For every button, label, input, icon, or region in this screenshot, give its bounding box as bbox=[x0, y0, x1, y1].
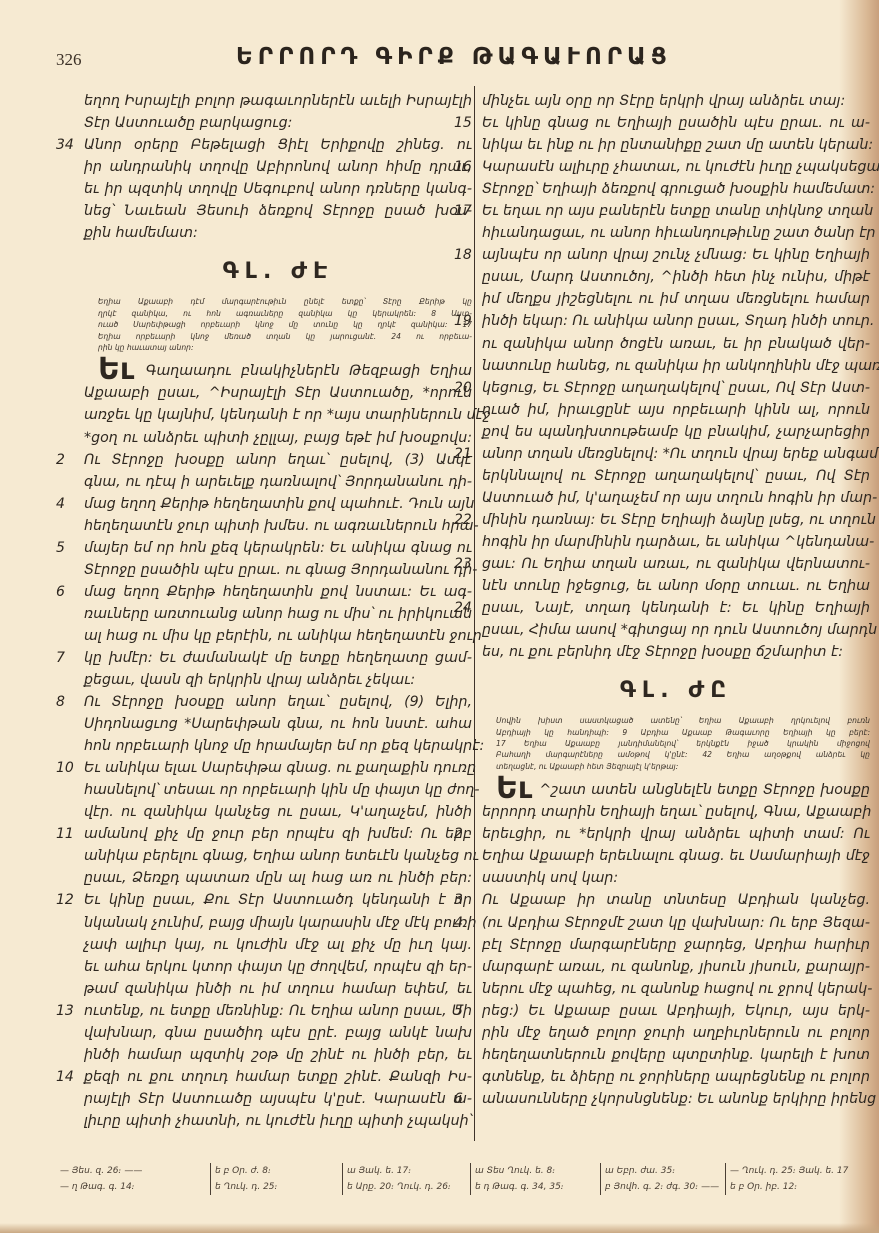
footnote-reference: ա Յակ. ե. 17։ bbox=[347, 1163, 451, 1179]
verse-line: հոն որբեւարի կնոջ մը հրամայեր եմ որ քեզ … bbox=[84, 735, 472, 757]
verse-line: Աքաաբի ըսաւ, ^Իսրայէլի Տէր Աստուածը, *որ… bbox=[84, 382, 472, 404]
verse-line: Եւ Գաղաադու բնակիչներէն Թեզբացի Եղիա bbox=[84, 359, 472, 382]
verse-text: ուտենք, ու ետքը մեռնինք: Ու Եղիա անոր ըս… bbox=[84, 1003, 472, 1019]
verse-line: ես, ու քու բերնիդ մէջ Տէրոջը խօսքը ճշմար… bbox=[482, 641, 870, 663]
verse-text: մինին դառնայ: Եւ Տէրը Եղիայի ձայնը լսեց,… bbox=[482, 512, 876, 528]
verse-line: գտնենք, եւ ձիերը ու ջորիները ապրեցնենք ո… bbox=[482, 1066, 870, 1088]
verse-line: 13ուտենք, ու ետքը մեռնինք: Ու Եղիա անոր … bbox=[84, 1000, 472, 1022]
verse-line: 4(ու Աբդիա Տէրոջմէ շատ կը վախնար: Ու երբ… bbox=[482, 912, 870, 934]
verse-line: Տէր Աստուածը բարկացուց: bbox=[84, 112, 472, 134]
verse-line: գնա, ու դէպ ի արեւելք դառնալով՝ Յորդանան… bbox=[84, 471, 472, 493]
verse-text: սաստիկ սով կար: bbox=[482, 870, 618, 886]
verse-text: երկննալով ու Տէրոջը աղաղակելով՝ ըսաւ, Ով… bbox=[482, 468, 870, 484]
verse-line: ռաւները առտուանց անոր հաց ու միս՝ ու իրի… bbox=[84, 603, 472, 625]
verse-text: Կարասէն ալիւրը չհատաւ, ու կուժէն իւղը չպ… bbox=[482, 159, 879, 175]
verse-line: ու զանիկա անոր ծոցէն առաւ, եւ իր բնակած … bbox=[482, 333, 870, 355]
verse-line: երրորդ տարին Եղիայի եղաւ՝ ըսելով, Գնա, Ա… bbox=[482, 801, 870, 823]
verse-line: քեցաւ, վասն զի երկրին վրայ անձրեւ չեկաւ: bbox=[84, 669, 472, 691]
verse-line: անիկա բերելու գնաց, Եղիա անոր ետեւէն կան… bbox=[84, 845, 472, 867]
verse-line: ըսաւ, Ձեռքդ պատառ մըն ալ հաց առ ու ինծի … bbox=[84, 867, 472, 889]
verse-line: եւ ահա երկու կտոր փայտ կը ժողվեմ, որպէս … bbox=[84, 956, 472, 978]
verse-line: 10Եւ անիկա ելաւ Սարեփթա գնաց. ու քաղաքին… bbox=[84, 757, 472, 779]
verse-line: 19ինծի եկար: Ու անիկա անոր ըսաւ, Տղադ ին… bbox=[482, 310, 870, 332]
verse-line: 11ամանով քիչ մը ջուր բեր որպէս զի խմեմ: … bbox=[84, 823, 472, 845]
verse-line: Սիդոնացւոց *Սարեփթան գնա, ու հոն նստէ. ա… bbox=[84, 713, 472, 735]
running-title: ԵՐՐՈՐԴ ԳԻՐՔ ԹԱԳԱՒՈՐԱՑ bbox=[236, 44, 672, 70]
verse-text: վախնար, գնա ըսածիդ պէս ըրէ. բայց անկէ նա… bbox=[84, 1025, 472, 1041]
verse-line: մարգարէ առաւ, ու զանոնք, յիսուն յիսուն, … bbox=[482, 956, 870, 978]
verse-line: 4մաց եղող Քերիթ հեղեղատին քով պահուէ. Դո… bbox=[84, 493, 472, 515]
footnote-column: ա Յակ. ե. 17։ե Արք. 20։ Ղուկ. դ. 26։ bbox=[342, 1163, 451, 1195]
verse-number: 16 bbox=[454, 156, 480, 178]
verse-text: Ու Տէրոջը խօսքը անոր եղաւ՝ ըսելով, (3) Ա… bbox=[84, 452, 472, 468]
verse-text: վէր. ու զանիկա կանչեց ու ըսաւ, Կ'աղաչեմ,… bbox=[84, 804, 472, 820]
verse-text: առջեւ կը կայնիմ, կենդանի է որ *այս տարին… bbox=[84, 407, 491, 423]
summary-line: Աբդիայի կը հանդիպի: 9 Աբդիա Աքաաբ Թագաւո… bbox=[496, 727, 870, 738]
verse-number: 5 bbox=[454, 1000, 480, 1022]
verse-line: իմ մեղքս յիշեցնելու ու իմ տղաս մեռցնելու… bbox=[482, 288, 870, 310]
verse-text: ըսաւ, Մարդ Աստուծոյ, ^ինծի հետ ինչ ունիս… bbox=[482, 269, 870, 285]
verse-line: վէր. ու զանիկա կանչեց ու ըսաւ, Կ'աղաչեմ,… bbox=[84, 801, 472, 823]
verse-line: 23ցաւ: Ու Եղիա տղան առաւ, ու զանիկա վերն… bbox=[482, 553, 870, 575]
verse-text: Աքաաբի ըսաւ, ^Իսրայէլի Տէր Աստուածը, *որ… bbox=[84, 385, 472, 401]
footnote-column: ա Տես Ղուկ. ե. 8։ե դ Թագ. գ. 34, 35։ bbox=[470, 1163, 564, 1195]
verse-text: քին համեմատ: bbox=[84, 225, 198, 241]
verse-text: նեց՝ Նաւեան Յեսուի ձեռքով Տէրոջը ըսած խօ… bbox=[84, 203, 472, 219]
verse-text: (ու Աբդիա Տէրոջմէ շատ կը վախնար: Ու երբ … bbox=[482, 915, 870, 931]
verse-text: հասնելով՝ տեսաւ որ որբեւարի կին մը փայտ … bbox=[84, 782, 480, 798]
verse-line: 8 Ու Տէրոջը խօսքը անոր եղաւ՝ ըսելով, (9)… bbox=[84, 691, 472, 713]
verse-text: չափ ալիւր կայ, ու կուժին մէջ ալ քիչ մը ի… bbox=[84, 937, 472, 953]
verse-text: հոն որբեւարի կնոջ մը հրամայեր եմ որ քեզ … bbox=[84, 738, 484, 754]
verse-number: 8 bbox=[56, 691, 82, 713]
verse-number: 2 bbox=[56, 449, 82, 471]
chapter-title: ԳԼ. ԺԷ bbox=[84, 258, 472, 286]
summary-line: 17 Եղիա Աքաաբը յանդիմանելով՝ երկնքէն իջա… bbox=[496, 738, 870, 749]
footnote-column: ա Եբր. ժա. 35։բ Յովհ. գ. 2։ ժգ. 30։ —— bbox=[600, 1163, 719, 1195]
verse-line: հոգին իր մարմինին դարձաւ, եւ անիկա ^կենդ… bbox=[482, 531, 870, 553]
verse-line: Եւ ^շատ ատեն անցնելէն ետքը Տէրոջը խօսքը bbox=[482, 778, 870, 801]
verse-number: 34 bbox=[56, 134, 82, 156]
verse-line: րայէլի Տէր Աստուածը այսպէս կ'ըսէ. Կարասէ… bbox=[84, 1088, 472, 1110]
verse-text: քով ես պանդխտութեամբ կը բնակիմ, չարչարեց… bbox=[482, 424, 870, 440]
verse-line: քով ես պանդխտութեամբ կը բնակիմ, չարչարեց… bbox=[482, 421, 870, 443]
verse-text: լիւրը պիտի չհատնի, ու կուժէն իւղը պիտի չ… bbox=[84, 1113, 472, 1129]
verse-line: 34 Անոր օրերը Բեթելացի Ցիէլ Երիքովը շինե… bbox=[84, 134, 472, 156]
verse-line: հեղեղատներուն քովերը պտըտինք. կարելի է խ… bbox=[482, 1044, 870, 1066]
footnote-reference: ա Եբր. ժա. 35։ bbox=[605, 1163, 719, 1179]
verse-line: Աստուած իմ, կ'աղաչեմ որ այս տղուն հոգին … bbox=[482, 487, 870, 509]
verse-line: թամ զանիկա ինծի ու իմ տղուս համար եփեմ, … bbox=[84, 978, 472, 1000]
verse-text: հոգին իր մարմինին դարձաւ, եւ անիկա ^կենդ… bbox=[482, 534, 874, 550]
footnote-reference: — Յես. զ. 26։ —— bbox=[60, 1163, 142, 1179]
verse-text: հեղեղատէն ջուր պիտի խմես. ու ագռաւներուն… bbox=[84, 518, 479, 534]
verse-text: մայեր եմ որ հոն քեզ կերակրեն: Եւ անիկա գ… bbox=[84, 540, 472, 556]
verse-line: ըսաւ, Հիմա ասով *գիտցայ որ դուն Աստուծոյ… bbox=[482, 619, 870, 641]
verse-line: րին մէջ եղած բոլոր ջուրի աղբիւրներուն ու… bbox=[482, 1022, 870, 1044]
footnote-reference: — ղ Թագ. գ. 14։ bbox=[60, 1179, 142, 1195]
verse-line: չափ ալիւր կայ, ու կուժին մէջ ալ քիչ մը ի… bbox=[84, 934, 472, 956]
verse-line: 15Եւ կինը գնաց ու Եղիայի ըսածին պէս ըրաւ… bbox=[482, 112, 870, 134]
verse-line: ներու մէջ պահեց, ու զանոնք հացով ու ջրով… bbox=[482, 978, 870, 1000]
summary-line: ղրկէ զանիկա, ու հոն ագռաւները զանիկա կը … bbox=[98, 308, 472, 319]
verse-text: Եւ կինը գնաց ու Եղիայի ըսածին պէս ըրաւ. … bbox=[482, 115, 870, 131]
verse-text: նկանակ չունիմ, բայց միայն կարասին մէջ մէ… bbox=[84, 915, 477, 931]
summary-line: Բահաղի մարգարէները ամօթով կ'ընէ: 42 Եղիա… bbox=[496, 749, 870, 760]
verse-line: Տէրոջը ըսածին պէս ըրաւ. ու գնաց Յորդանան… bbox=[84, 559, 472, 581]
verse-line: իր անդրանիկ տղովը Աբիրոնով անոր հիմը դրա… bbox=[84, 156, 472, 178]
verse-number: 14 bbox=[56, 1066, 82, 1088]
footnote-reference: ե դ Թագ. գ. 34, 35։ bbox=[475, 1179, 564, 1195]
verse-line: առջեւ կը կայնիմ, կենդանի է որ *այս տարին… bbox=[84, 404, 472, 426]
right-column: մինչեւ այն օրը որ Տէրը երկրի վրայ անձրեւ… bbox=[482, 90, 870, 1110]
verse-text: բէլ Տէրոջը մարգարէները ջարդեց, Աբդիա հար… bbox=[482, 937, 870, 953]
verse-line: նատունը հանեց, ու զանիկա իր անկողինին մէ… bbox=[482, 355, 870, 377]
verse-text: Ու Տէրոջը խօսքը անոր եղաւ՝ ըսելով, (9) Ե… bbox=[84, 694, 472, 710]
summary-line: Եղիա որբեւարի կնոջ մեռած տղան կը յարուցա… bbox=[98, 331, 472, 342]
verse-text: Եւ եղաւ որ այս բաներէն ետքը տանը տիկնոջ … bbox=[482, 203, 873, 219]
verse-line: քին համեմատ: bbox=[84, 222, 472, 244]
verse-line: հիւանդացաւ, ու անոր հիւանդութիւնը շատ ծա… bbox=[482, 222, 870, 244]
verse-line: 18այնպէս որ անոր վրայ շունչ չմնաց: Եւ կի… bbox=[482, 244, 870, 266]
footnote-reference: բ Յովհ. գ. 2։ ժգ. 30։ —— bbox=[605, 1179, 719, 1195]
footnote-reference: ե Ղուկ. դ. 25։ bbox=[215, 1179, 278, 1195]
summary-line: Եղիա Աքաաբի դէմ մարգարէութիւն ընելէ ետքը… bbox=[98, 296, 472, 307]
verse-number: 24 bbox=[454, 597, 480, 619]
page-header: 326 ԵՐՐՈՐԴ ԳԻՐՔ ԹԱԳԱՒՈՐԱՑ bbox=[56, 44, 826, 74]
verse-text: ալ հաց ու միս կը բերէին, ու անիկա հեղեղա… bbox=[84, 628, 482, 644]
summary-line: ուած Սարեփթացի որբեւարի կնոջ մը տունը կը… bbox=[98, 319, 472, 330]
verse-text: Անոր օրերը Բեթելացի Ցիէլ Երիքովը շինեց. … bbox=[84, 137, 472, 153]
verse-line: նեց՝ Նաւեան Յեսուի ձեռքով Տէրոջը ըսած խօ… bbox=[84, 200, 472, 222]
verse-text: ինծի եկար: Ու անիկա անոր ըսաւ, Տղադ ինծի… bbox=[482, 313, 874, 329]
verse-line: լիւրը պիտի չհատնի, ու կուժէն իւղը պիտի չ… bbox=[84, 1110, 472, 1132]
page-bottom-edge bbox=[0, 1223, 879, 1233]
verse-line: ալ հաց ու միս կը բերէին, ու անիկա հեղեղա… bbox=[84, 625, 472, 647]
verse-line: 22մինին դառնայ: Եւ Տէրը Եղիայի ձայնը լսե… bbox=[482, 509, 870, 531]
verse-text: ու զանիկա անոր ծոցէն առաւ, եւ իր բնակած … bbox=[482, 336, 870, 352]
verse-line: Տէրոջը՝ Եղիայի ձեռքով գրուցած խօսքին համ… bbox=[482, 178, 870, 200]
verse-line: 5մայեր եմ որ հոն քեզ կերակրեն: Եւ անիկա … bbox=[84, 537, 472, 559]
footnote-column: — Ղուկ. դ. 25։ Յակ. ե. 17ե բ Օր. իբ. 12։ bbox=[725, 1163, 848, 1195]
verse-text: երեւցիր, ու *երկրի վրայ անձրեւ պիտի տամ:… bbox=[482, 826, 870, 842]
verse-text: նէն տունը իջեցուց, եւ անոր մօրը տուաւ. ո… bbox=[482, 578, 870, 594]
verse-line: սաստիկ սով կար: bbox=[482, 867, 870, 889]
verse-text: քեզի ու քու տղուդ համար ետքը շինէ. Քանզի… bbox=[84, 1069, 472, 1085]
verse-line: 7կը խմէր: Եւ ժամանակէ մը ետքը հեղեղատը ց… bbox=[84, 647, 472, 669]
verse-text: ներու մէջ պահեց, ու զանոնք հացով ու ջրով… bbox=[482, 981, 872, 997]
footnote-reference: ա Տես Ղուկ. ե. 8։ bbox=[475, 1163, 564, 1179]
verse-line: նկանակ չունիմ, բայց միայն կարասին մէջ մէ… bbox=[84, 912, 472, 934]
verse-line: եւ իր պզտիկ տղովը Սեգուբով անոր դռները կ… bbox=[84, 178, 472, 200]
verse-text: քեցաւ, վասն զի երկրին վրայ անձրեւ չեկաւ: bbox=[84, 672, 415, 688]
verse-number: 20 bbox=[454, 377, 480, 399]
verse-text: ^շատ ատեն անցնելէն ետքը Տէրոջը խօսքը bbox=[534, 782, 870, 798]
verse-line: 5րեց:) Եւ Աքաաբ ըսաւ Աբդիայի, Եկուր, այս… bbox=[482, 1000, 870, 1022]
verse-text: Տէր Աստուածը բարկացուց: bbox=[84, 115, 292, 131]
verse-text: մաց եղող Քերիթ հեղեղատին քով պահուէ. Դու… bbox=[84, 496, 474, 512]
verse-text: *ցօղ ու անձրեւ պիտի չըլլայ, բայց եթէ իմ … bbox=[84, 430, 472, 446]
footnote-column: ե բ Օր. ժ. 8։ե Ղուկ. դ. 25։ bbox=[210, 1163, 278, 1195]
verse-text: ամանով քիչ մը ջուր բեր որպէս զի խմեմ: Ու… bbox=[84, 826, 472, 842]
verse-line: 2երեւցիր, ու *երկրի վրայ անձրեւ պիտի տամ… bbox=[482, 823, 870, 845]
verse-line: 14քեզի ու քու տղուդ համար ետքը շինէ. Քան… bbox=[84, 1066, 472, 1088]
verse-text: Տէրոջը ըսածին պէս ըրաւ. ու գնաց Յորդանան… bbox=[84, 562, 477, 578]
verse-number: 6 bbox=[56, 581, 82, 603]
verse-line: 16Կարասէն ալիւրը չհատաւ, ու կուժէն իւղը … bbox=[482, 156, 870, 178]
footnote-reference: ե բ Օր. ժ. 8։ bbox=[215, 1163, 278, 1179]
chapter-summary: Եղիա Աքաաբի դէմ մարգարէութիւն ընելէ ետքը… bbox=[84, 296, 472, 353]
verse-number: 10 bbox=[56, 757, 82, 779]
verse-text: գնա, ու դէպ ի արեւելք դառնալով՝ Յորդանան… bbox=[84, 474, 472, 490]
verse-text: նատունը հանեց, ու զանիկա իր անկողինին մէ… bbox=[482, 358, 879, 374]
verse-text: ցաւ: Ու Եղիա տղան առաւ, ու զանիկա վերնատ… bbox=[482, 556, 870, 572]
verse-text: ըսաւ, Նայէ, տղադ կենդանի է: Եւ կինը Եղիա… bbox=[482, 600, 870, 616]
verse-number: 18 bbox=[454, 244, 480, 266]
verse-number: 4 bbox=[454, 912, 480, 934]
verse-number: 19 bbox=[454, 310, 480, 332]
verse-line: 24ըսաւ, Նայէ, տղադ կենդանի է: Եւ կինը Եղ… bbox=[482, 597, 870, 619]
verse-text: կեցուց, Եւ Տէրոջը աղաղակելով՝ ըսաւ, Ով Տ… bbox=[482, 380, 870, 396]
verse-text: Սիդոնացւոց *Սարեփթան գնա, ու հոն նստէ. ա… bbox=[84, 716, 472, 732]
verse-text: րեց:) Եւ Աքաաբ ըսաւ Աբդիայի, Եկուր, այս … bbox=[482, 1003, 870, 1019]
verse-text: եւ իր պզտիկ տղովը Սեգուբով անոր դռները կ… bbox=[84, 181, 472, 197]
verse-number: 12 bbox=[56, 889, 82, 911]
verse-text: Եւ կինը ըսաւ, Քու Տէր Աստուածդ կենդանի է… bbox=[84, 892, 472, 908]
summary-line: Սովին խիստ սաստկացած ատենը՝ Եղիա Աքաաբի … bbox=[496, 715, 870, 726]
verse-text: Ու Աքաաբ իր տանը տնտեսը Աբդիան կանչեց. bbox=[482, 892, 870, 908]
footnote-reference: ե Արք. 20։ Ղուկ. դ. 26։ bbox=[347, 1179, 451, 1195]
verse-number: 3 bbox=[454, 889, 480, 911]
verse-line: վախնար, գնա ըսածիդ պէս ըրէ. բայց անկէ նա… bbox=[84, 1022, 472, 1044]
summary-line: տեղացնէ, ու Աքաաբի հետ Յեզրայէլ կ'երթայ: bbox=[496, 761, 870, 772]
verse-line: եղող Իսրայէլի բոլոր թագաւորներէն աւելի Ի… bbox=[84, 90, 472, 112]
footnote-column: — Յես. զ. 26։ ——— ղ Թագ. գ. 14։ bbox=[60, 1163, 142, 1195]
verse-number: 7 bbox=[56, 647, 82, 669]
verse-text: հիւանդացաւ, ու անոր հիւանդութիւնը շատ ծա… bbox=[482, 225, 875, 241]
verse-text: կը խմէր: Եւ ժամանակէ մը ետքը հեղեղատը ցա… bbox=[84, 650, 472, 666]
verse-line: 12Եւ կինը ըսաւ, Քու Տէր Աստուածդ կենդանի… bbox=[84, 889, 472, 911]
verse-line: *ցօղ ու անձրեւ պիտի չըլլայ, բայց եթէ իմ … bbox=[84, 427, 472, 449]
verse-text: այնպէս որ անոր վրայ շունչ չմնաց: Եւ կինը… bbox=[482, 247, 870, 263]
verse-line: ըսաւ, Մարդ Աստուծոյ, ^ինծի հետ ինչ ունիս… bbox=[482, 266, 870, 288]
verse-line: 17 Եւ եղաւ որ այս բաներէն ետքը տանը տիկն… bbox=[482, 200, 870, 222]
verse-line: մինչեւ այն օրը որ Տէրը երկրի վրայ անձրեւ… bbox=[482, 90, 870, 112]
verse-text: թամ զանիկա ինծի ու իմ տղուս համար եփեմ, … bbox=[84, 981, 472, 997]
verse-line: հեղեղատէն ջուր պիտի խմես. ու ագռաւներուն… bbox=[84, 515, 472, 537]
verse-text: ես, ու քու բերնիդ մէջ Տէրոջը խօսքը ճշմար… bbox=[482, 644, 843, 660]
verse-line: 21անոր տղան մեռցնելով: *Ու տղուն վրայ եր… bbox=[482, 443, 870, 465]
verse-text: րայէլի Տէր Աստուածը այսպէս կ'ըսէ. Կարասէ… bbox=[84, 1091, 472, 1107]
verse-text: նիկա եւ ինք ու իր ընտանիքը շատ մը ատեն կ… bbox=[482, 137, 873, 153]
footnote-reference: — Ղուկ. դ. 25։ Յակ. ե. 17 bbox=[730, 1163, 848, 1179]
verse-text: Գաղաադու բնակիչներէն Թեզբացի Եղիա bbox=[136, 363, 472, 379]
verse-line: ինծի համար պզտիկ շօթ մը շինէ ու ինծի բեր… bbox=[84, 1044, 472, 1066]
verse-text: եղող Իսրայէլի բոլոր թագաւորներէն աւելի Ի… bbox=[84, 93, 472, 109]
verse-text: Եղիա Աքաաբի երեւնալու գնաց. եւ Սամարիայի… bbox=[482, 848, 870, 864]
verse-line: 6անասունները չկորսնցնենք: Եւ անոնք երկիր… bbox=[482, 1088, 870, 1110]
verse-line: նէն տունը իջեցուց, եւ անոր մօրը տուաւ. ո… bbox=[482, 575, 870, 597]
verse-number: 17 bbox=[454, 200, 480, 222]
verse-text: անասունները չկորսնցնենք: Եւ անոնք երկիրը… bbox=[482, 1091, 876, 1107]
verse-number: 5 bbox=[56, 537, 82, 559]
verse-line: 3 Ու Աքաաբ իր տանը տնտեսը Աբդիան կանչեց. bbox=[482, 889, 870, 911]
page-number: 326 bbox=[56, 50, 82, 70]
verse-number: 2 bbox=[454, 823, 480, 845]
verse-text: ըսաւ, Ձեռքդ պատառ մըն ալ հաց առ ու ինծի … bbox=[84, 870, 472, 886]
verse-text: գտնենք, եւ ձիերը ու ջորիները ապրեցնենք ո… bbox=[482, 1069, 870, 1085]
verse-number: 11 bbox=[56, 823, 82, 845]
verse-number: 22 bbox=[454, 509, 480, 531]
verse-text: իմ մեղքս յիշեցնելու ու իմ տղաս մեռցնելու… bbox=[482, 291, 870, 307]
chapter-summary: Սովին խիստ սաստկացած ատենը՝ Եղիա Աքաաբի … bbox=[482, 715, 870, 772]
verse-text: ըսաւ, Հիմա ասով *գիտցայ որ դուն Աստուծոյ… bbox=[482, 622, 877, 638]
verse-text: րին մէջ եղած բոլոր ջուրի աղբիւրներուն ու… bbox=[482, 1025, 870, 1041]
left-column: եղող Իսրայէլի բոլոր թագաւորներէն աւելի Ի… bbox=[84, 90, 472, 1132]
verse-line: նիկա եւ ինք ու իր ընտանիքը շատ մը ատեն կ… bbox=[482, 134, 870, 156]
verse-line: 20կեցուց, Եւ Տէրոջը աղաղակելով՝ ըսաւ, Ով… bbox=[482, 377, 870, 399]
verse-line: հասնելով՝ տեսաւ որ որբեւարի կին մը փայտ … bbox=[84, 779, 472, 801]
verse-text: մարգարէ առաւ, ու զանոնք, յիսուն յիսուն, … bbox=[482, 959, 870, 975]
verse-line: 6մաց եղող Քերիթ հեղեղատին քով նստաւ: Եւ … bbox=[84, 581, 472, 603]
verse-text: իր անդրանիկ տղովը Աբիրոնով անոր հիմը դրա… bbox=[84, 159, 472, 175]
verse-number: 4 bbox=[56, 493, 82, 515]
verse-text: մինչեւ այն օրը որ Տէրը երկրի վրայ անձրեւ… bbox=[482, 93, 845, 109]
verse-text: ռաւները առտուանց անոր հաց ու միս՝ ու իրի… bbox=[84, 606, 472, 622]
verse-number: 15 bbox=[454, 112, 480, 134]
verse-line: 2 Ու Տէրոջը խօսքը անոր եղաւ՝ ըսելով, (3)… bbox=[84, 449, 472, 471]
summary-line: րին կը հաւատայ անոր: bbox=[98, 342, 472, 353]
verse-text: մաց եղող Քերիթ հեղեղատին քով նստաւ: Եւ ա… bbox=[84, 584, 472, 600]
verse-text: Եւ անիկա ելաւ Սարեփթա գնաց. ու քաղաքին դ… bbox=[84, 760, 476, 776]
chapter-title: ԳԼ. ԺԸ bbox=[482, 677, 870, 705]
verse-line: Եղիա Աքաաբի երեւնալու գնաց. եւ Սամարիայի… bbox=[482, 845, 870, 867]
verse-text: եւ ահա երկու կտոր փայտ կը ժողվեմ, որպէս … bbox=[84, 959, 472, 975]
verse-text: Աստուած իմ, կ'աղաչեմ որ այս տղուն հոգին … bbox=[482, 490, 877, 506]
verse-text: ուած իմ, իրաւցընէ այս որբեւարի կինն ալ, … bbox=[482, 402, 870, 418]
verse-number: 21 bbox=[454, 443, 480, 465]
verse-number: 23 bbox=[454, 553, 480, 575]
verse-line: բէլ Տէրոջը մարգարէները ջարդեց, Աբդիա հար… bbox=[482, 934, 870, 956]
verse-line: ուած իմ, իրաւցընէ այս որբեւարի կինն ալ, … bbox=[482, 399, 870, 421]
verse-text: երրորդ տարին Եղիայի եղաւ՝ ըսելով, Գնա, Ա… bbox=[482, 804, 871, 820]
verse-text: ինծի համար պզտիկ շօթ մը շինէ ու ինծի բեր… bbox=[84, 1047, 472, 1063]
verse-text: հեղեղատներուն քովերը պտըտինք. կարելի է խ… bbox=[482, 1047, 870, 1063]
verse-number: 6 bbox=[454, 1088, 480, 1110]
verse-text: անոր տղան մեռցնելով: *Ու տղուն վրայ երեք… bbox=[482, 446, 878, 462]
verse-line: երկննալով ու Տէրոջը աղաղակելով՝ ըսաւ, Ով… bbox=[482, 465, 870, 487]
verse-text: Տէրոջը՝ Եղիայի ձեռքով գրուցած խօսքին համ… bbox=[482, 181, 875, 197]
verse-number: 13 bbox=[56, 1000, 82, 1022]
verse-text: անիկա բերելու գնաց, Եղիա անոր ետեւէն կան… bbox=[84, 848, 479, 864]
footnote-reference: ե բ Օր. իբ. 12։ bbox=[730, 1179, 848, 1195]
